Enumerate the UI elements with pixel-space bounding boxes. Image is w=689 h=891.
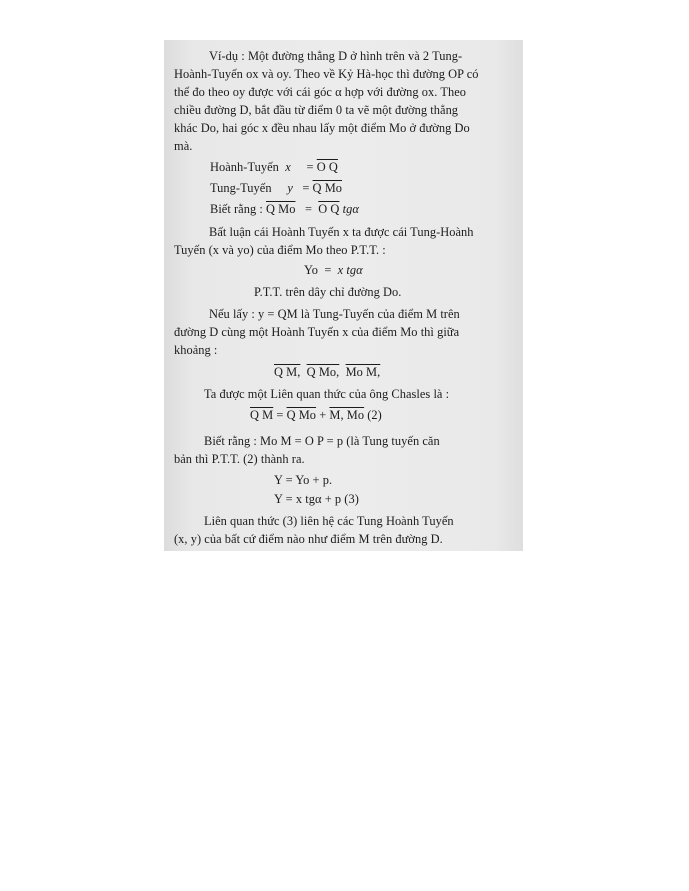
paragraph1-line3: thể đo theo oy được với cái góc α hợp vớ… xyxy=(174,84,466,100)
paragraph7-line1: Liên quan thức (3) liên hệ các Tung Hoàn… xyxy=(204,513,454,529)
paragraph7-line2: (x, y) của bất cứ điểm nào như điểm M tr… xyxy=(174,531,443,547)
paragraph1-line2: Hoành-Tuyến ox và oy. Theo về Kỷ Hà-học … xyxy=(174,66,479,82)
paragraph6-line2: bản thì P.T.T. (2) thành ra. xyxy=(174,451,305,467)
paragraph1-line6: mà. xyxy=(174,138,192,154)
segments-list: Q M, Q Mo, Mo M, xyxy=(274,364,380,380)
scanned-page: Ví-dụ : Một đường thẳng D ở hình trên và… xyxy=(164,40,523,551)
formula-yo: Yo = x tgα xyxy=(304,262,363,278)
paragraph4-line1: Nếu lấy : y = QM là Tung-Tuyến của điểm … xyxy=(209,306,460,322)
paragraph2-line1: Bất luận cái Hoành Tuyến x ta được cái T… xyxy=(209,224,474,240)
definition-known: Biết rằng : Q Mo = O Q tgα xyxy=(210,201,359,217)
definition-ordinate: Tung-Tuyến y = Q Mo xyxy=(210,180,342,196)
paragraph1-line5: khác Do, hai góc x đều nhau lấy một điểm… xyxy=(174,120,470,136)
paragraph2-line2: Tuyến (x và yo) của điểm Mo theo P.T.T. … xyxy=(174,242,386,258)
formula-y-sum: Y = Yo + p. xyxy=(274,472,332,488)
formula-y-line: Y = x tgα + p (3) xyxy=(274,491,359,507)
paragraph4-line2: đường D cùng một Hoành Tuyến x của điểm … xyxy=(174,324,459,340)
paragraph6-line1: Biết rằng : Mo M = O P = p (là Tung tuyế… xyxy=(204,433,440,449)
paragraph1-line1: Ví-dụ : Một đường thẳng D ở hình trên và… xyxy=(209,48,462,64)
paragraph3: P.T.T. trên dây chỉ đường Do. xyxy=(254,284,401,300)
paragraph5: Ta được một Liên quan thức của ông Chasl… xyxy=(204,386,449,402)
paragraph1-line4: chiều đường D, bắt đầu từ điểm 0 ta vẽ m… xyxy=(174,102,458,118)
formula-chasles: Q M = Q Mo + M, Mo (2) xyxy=(250,407,382,423)
definition-abscissa: Hoành-Tuyến x = O Q xyxy=(210,159,338,175)
paragraph4-line3: khoảng : xyxy=(174,342,217,358)
